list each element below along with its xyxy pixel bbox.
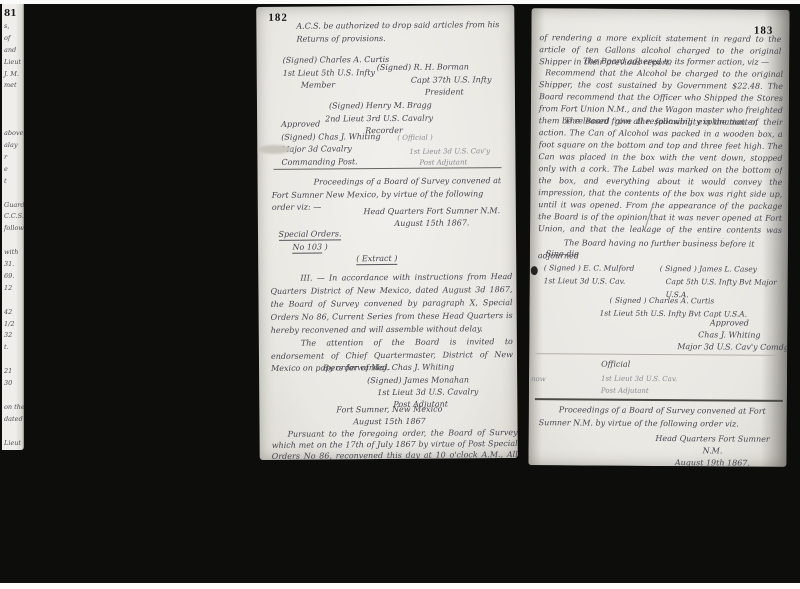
post-dateline: Fort Sumner, New Mexico August 15th 1867 <box>325 403 453 428</box>
edge-text-fragment <box>2 390 24 402</box>
edge-text-fragment: follow <box>2 223 24 235</box>
ink-blot <box>531 266 538 275</box>
edge-text-fragment: above <box>2 128 24 140</box>
edge-text-fragment <box>2 354 24 366</box>
approval-line: (Signed) Chas J. Whiting <box>281 131 380 144</box>
margin-note-line: Special Orders. <box>278 229 341 240</box>
edge-text-fragment: Guard <box>2 200 24 212</box>
edge-text-fragment <box>2 426 24 438</box>
signature-member: (Signed) Charles A. Curtis 1st Lieut 5th… <box>283 54 390 92</box>
extract-text: ( Extract ) <box>356 254 397 265</box>
edge-text-fragment: of <box>2 33 24 45</box>
signature-line: Capt 37th U.S. Infty <box>411 74 492 87</box>
signature-line: 1st Lieut 5th U.S. Infty <box>283 66 390 79</box>
official-line: 1st Lieut 3d U.S. Cav'y <box>409 146 490 158</box>
official-margin-word: now <box>531 374 546 385</box>
margin-note-special-orders: Special Orders. No 103 ) <box>272 227 348 254</box>
signature-line: 1st Lieut 3d U.S. Cavalry <box>377 386 478 399</box>
edge-text-fragment: Lieut <box>2 438 24 450</box>
edge-text-fragment: e <box>2 164 24 176</box>
order-paragraph: III. — In accordance with instructions f… <box>270 270 513 337</box>
edge-text-fragment <box>2 235 24 247</box>
approval-block: Approved Chas J. Whiting Major 3d U.S. C… <box>677 317 781 354</box>
headquarters-dateline: Head Quarters Fort Sumner N.M. August 15… <box>358 205 506 230</box>
edge-text-fragment: r <box>2 152 24 164</box>
approval-block: Approved (Signed) Chas J. Whiting Major … <box>281 118 381 169</box>
approval-line: Approved <box>677 317 781 330</box>
official-note: 1st Lieut 3d U.S. Cav. Post Adjutant <box>601 373 677 398</box>
signature-line: (Signed) R. H. Borman <box>377 61 492 74</box>
edge-text-fragment: alay <box>2 140 24 152</box>
edge-text-fragment: J. M. <box>2 69 24 81</box>
document-scan-viewport: 81s,ofandLieutJ. M.met abovealayret Guar… <box>0 0 800 589</box>
page-183: 183 of rendering a more explicit stateme… <box>528 8 789 467</box>
hq-line: Head Quarters Fort Sumner N.M. <box>358 205 506 218</box>
edge-text-fragment: and <box>2 45 24 57</box>
page-number-182: 182 <box>268 12 288 24</box>
proceedings-paragraph: Proceedings of a Board of Survey convene… <box>539 404 779 431</box>
signature-line: (Signed) James Monahan <box>367 374 478 387</box>
edge-text-fragment: with <box>2 247 24 259</box>
official-label: Official <box>601 359 630 372</box>
edge-text-fragment: C.C.S. <box>2 211 24 223</box>
official-line: 1st Lieut 3d U.S. Cav. <box>601 373 677 386</box>
edge-text-fragment: on the <box>2 402 24 414</box>
edge-text-fragment <box>2 116 24 128</box>
edge-text-fragment: 12 <box>2 283 24 295</box>
closing-paragraph: Pursuant to the foregoing order, the Boa… <box>272 427 518 460</box>
edge-text-fragment <box>2 104 24 116</box>
signature-line: ( Signed ) Charles A. Curtis <box>610 294 748 308</box>
approval-line: Commanding Post. <box>281 156 380 169</box>
approval-line: Approved <box>281 118 380 131</box>
hq-line: August 15th 1867. <box>358 217 506 230</box>
edge-text-fragment: t <box>2 176 24 188</box>
sine-die-line: Sine die <box>546 248 579 261</box>
headquarters-dateline: Head Quarters Fort Sumner N.M. August 19… <box>646 433 778 467</box>
dateline: August 15th 1867 <box>325 415 453 428</box>
signature-line: (Signed) Charles A. Curtis <box>283 54 390 67</box>
signature-line: ( Signed ) James L. Casey <box>660 262 788 276</box>
approval-line: Major 3d Cavalry <box>281 143 380 156</box>
scan-black-backing: 81s,ofandLieutJ. M.met abovealayret Guar… <box>0 4 800 583</box>
dateline: Fort Sumner, New Mexico <box>325 403 453 416</box>
signature-line: 1st Lieut 3d U.S. Cav. <box>544 274 635 288</box>
edge-text-fragment: 31. <box>2 259 24 271</box>
approval-line: Chas J. Whiting <box>677 329 781 342</box>
edge-text-fragment: 21 <box>2 366 24 378</box>
signature-president: (Signed) R. H. Borman Capt 37th U.S. Inf… <box>377 61 492 99</box>
section-rule <box>535 398 783 402</box>
edge-text-fragment: 1/2 <box>2 319 24 331</box>
opening-paragraph: A.C.S. be authorized to drop said articl… <box>296 19 502 46</box>
margin-note-line: No 103 <box>292 243 322 254</box>
edge-text-fragment: met <box>2 80 24 92</box>
hq-line: Head Quarters Fort Sumner N.M. <box>646 433 778 458</box>
edge-text-fragment <box>2 295 24 307</box>
edge-text-fragment: dated <box>2 414 24 426</box>
signature-line: President <box>425 86 492 99</box>
approval-line: Major 3d U.S. Cav'y Comdg Post. <box>677 341 781 354</box>
by-order-line: By order of Maj. Chas J. Whiting <box>323 361 454 375</box>
official-line: Post Adjutant <box>601 385 677 398</box>
explanation-paragraph: The Board give the following explanation… <box>538 115 783 239</box>
edge-text-fragment: 30 <box>2 378 24 390</box>
page-182: 182 A.C.S. be authorized to drop said ar… <box>256 5 518 460</box>
signature-mulford: ( Signed ) E. C. Mulford 1st Lieut 3d U.… <box>544 261 635 288</box>
edge-text-fragment <box>2 188 24 200</box>
edge-text-fragment: t. <box>2 342 24 354</box>
page-181-edge: 81s,ofandLieutJ. M.met abovealayret Guar… <box>2 4 24 450</box>
edge-text-fragment: 69. <box>2 271 24 283</box>
extract-label: ( Extract ) <box>356 253 397 266</box>
signature-line: (Signed) Henry M. Bragg <box>329 100 433 113</box>
edge-text-fragment <box>2 92 24 104</box>
official-note: ( Official ) 1st Lieut 3d U.S. Cav'y Pos… <box>397 132 490 169</box>
edge-text-fragment: Lieut <box>2 57 24 69</box>
signature-line: ( Signed ) E. C. Mulford <box>544 261 635 275</box>
official-line: ( Official ) <box>397 132 490 144</box>
edge-text-fragment: s, <box>2 21 24 33</box>
edge-text-fragment: 32 <box>2 330 24 342</box>
edge-text-fragment: 81 <box>2 9 24 21</box>
hq-line: August 19th 1867. <box>646 457 778 467</box>
margin-note-brace: ) <box>325 242 328 251</box>
edge-text-fragment: 42 <box>2 307 24 319</box>
